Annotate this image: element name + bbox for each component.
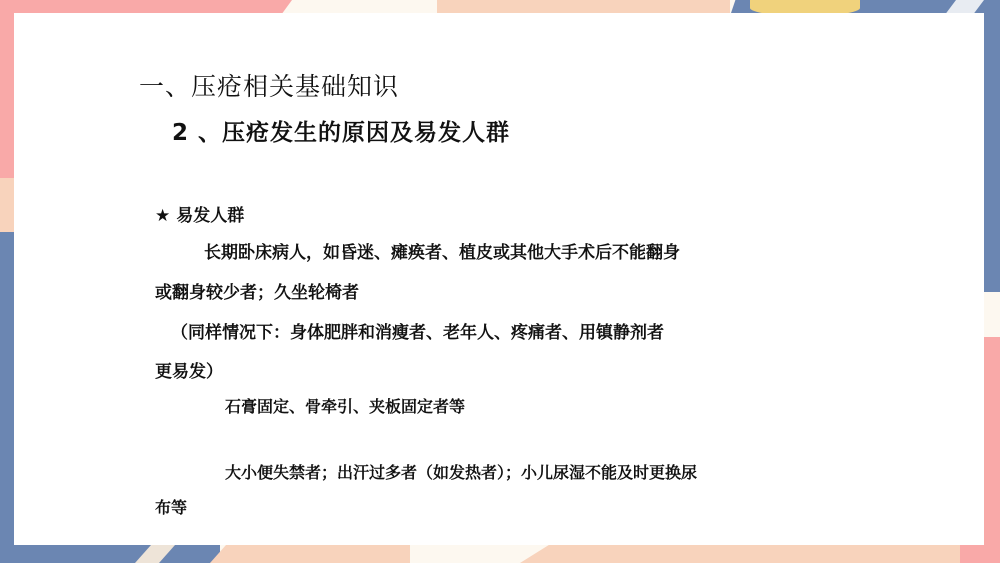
slide-subheading: 2 、压疮发生的原因及易发人群 [172,114,510,147]
bg-shape-cream-right [984,292,1000,337]
section-label: ★易发人群 [155,201,244,226]
bg-shape-peach-bottom [210,545,410,563]
bg-shape-pink-bottom-right [960,545,1000,563]
paragraph-line: 大小便失禁者；出汗过多者（如发热者）；小儿尿湿不能及时更换尿 [225,460,697,483]
slide-heading: 一、压疮相关基础知识 [139,67,399,103]
bg-shape-pink-right [984,337,1000,563]
bg-shape-blue-bottom [0,545,220,563]
section-label-text: 易发人群 [176,206,244,226]
bg-shape-blue-right [984,0,1000,292]
star-icon: ★ [155,206,170,226]
paragraph-line: 更易发） [155,357,223,382]
paragraph-line: 或翻身较少者；久坐轮椅者 [155,278,359,303]
paragraph-line: 石膏固定、骨牵引、夹板固定者等 [225,394,465,417]
paragraph-line: （同样情况下：身体肥胖和消瘦者、老年人、疼痛者、用镇静剂者 [171,318,664,343]
bg-shape-cream-bottom [410,545,530,563]
paragraph-line: 长期卧床病人，如昏迷、瘫痪者、植皮或其他大手术后不能翻身 [204,238,680,263]
paragraph-line: 布等 [155,495,187,518]
bg-shape-peach-bottom-right [520,545,1000,563]
